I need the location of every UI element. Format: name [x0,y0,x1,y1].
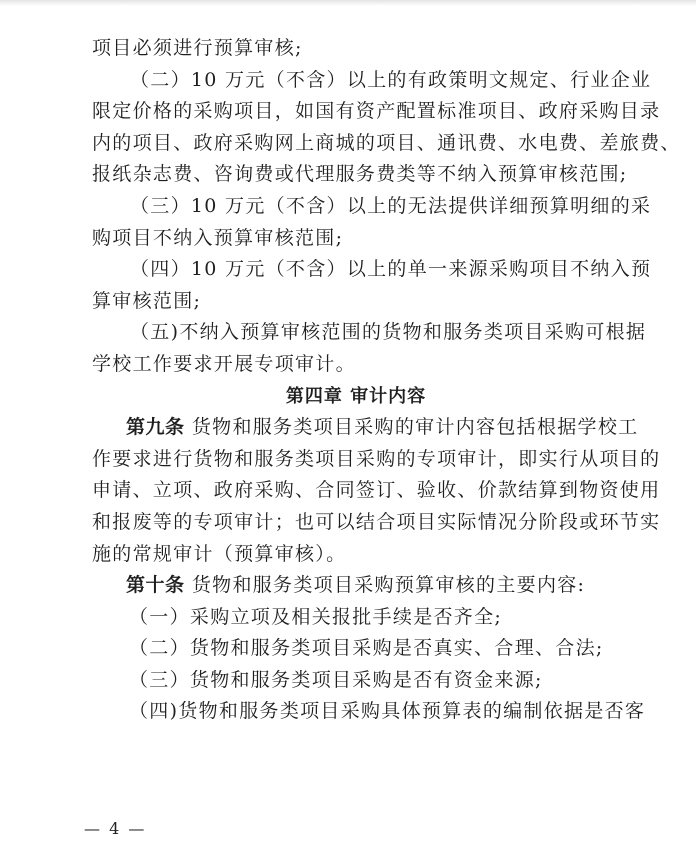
page-number: — 4 — [84,819,146,838]
article-9-first-line: 第九条 货物和服务类项目采购的审计内容包括根据学校工 [92,412,606,444]
article-10-first-line: 第十条 货物和服务类项目采购预算审核的主要内容: [92,570,606,602]
text-line: 施的常规审计（预算审核）。 [92,539,606,571]
list-item: （二）货物和服务类项目采购是否真实、合理、合法; [92,633,606,665]
text-line: 内的项目、政府采购网上商城的项目、通讯费、水电费、差旅费、 [92,128,606,160]
text-line: （二）10 万元（不含）以上的有政策明文规定、行业企业 [92,65,606,97]
text-line: 作要求进行货物和服务类项目采购的专项审计，即实行从项目的 [92,444,606,476]
text-line: 购项目不纳入预算审核范围; [92,223,606,255]
list-item: （三）货物和服务类项目采购是否有资金来源; [92,665,606,697]
text-line: 项目必须进行预算审核; [92,33,606,65]
text-line: （四）10 万元（不含）以上的单一来源采购项目不纳入预 [92,254,606,286]
text-line: 限定价格的采购项目，如国有资产配置标准项目、政府采购目录 [92,96,606,128]
text-line: 和报废等的专项审计；也可以结合项目实际情况分阶段或环节实 [92,507,606,539]
document-page: 项目必须进行预算审核; （二）10 万元（不含）以上的有政策明文规定、行业企业 … [92,33,606,728]
article-9-label: 第九条 [126,416,185,438]
list-item: （四)货物和服务类项目采购具体预算表的编制依据是否客 [92,696,606,728]
list-item: （一）采购立项及相关报批手续是否齐全; [92,602,606,634]
text-line: 报纸杂志费、咨询费或代理服务费类等不纳入预算审核范围; [92,159,606,191]
article-10-label: 第十条 [126,574,185,596]
article-10-text: 货物和服务类项目采购预算审核的主要内容: [185,574,586,596]
text-line: 学校工作要求开展专项审计。 [92,349,606,381]
text-line: （五)不纳入预算审核范围的货物和服务类项目采购可根据 [92,317,606,349]
text-line: （三）10 万元（不含）以上的无法提供详细预算明细的采 [92,191,606,223]
article-9-text: 货物和服务类项目采购的审计内容包括根据学校工 [185,416,639,438]
text-line: 申请、立项、政府采购、合同签订、验收、价款结算到物资使用 [92,475,606,507]
text-line: 算审核范围; [92,286,606,318]
chapter-heading: 第四章 审计内容 [92,381,606,413]
top-edge-shadow [0,0,696,6]
